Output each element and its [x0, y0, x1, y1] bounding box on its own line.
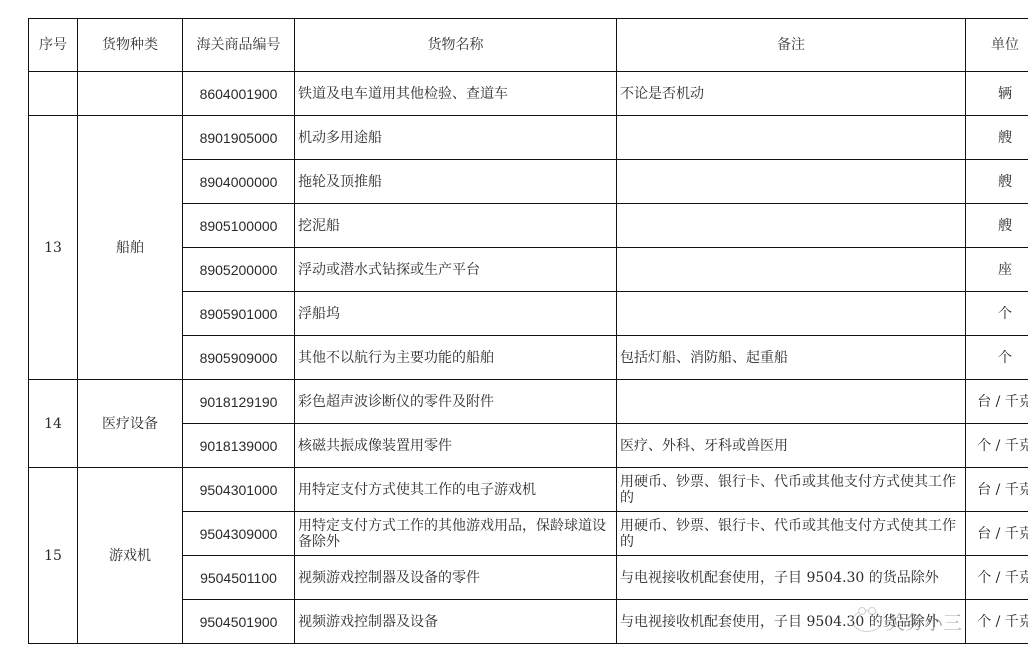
note-cell: 包括灯船、消防船、起重船 — [617, 336, 966, 380]
hs-code-cell: 9504301000 — [183, 468, 295, 512]
header-name: 货物名称 — [295, 19, 617, 72]
hs-code-cell: 8904000000 — [183, 160, 295, 204]
name-cell: 核磁共振成像装置用零件 — [295, 424, 617, 468]
hs-code-cell: 9504501900 — [183, 600, 295, 644]
name-cell: 浮船坞 — [295, 292, 617, 336]
note-cell — [617, 204, 966, 248]
hs-code-cell: 8905909000 — [183, 336, 295, 380]
index-cell: 13 — [29, 116, 78, 380]
hs-code-cell: 9504501100 — [183, 556, 295, 600]
category-cell: 船舶 — [78, 116, 183, 380]
goods-table: 序号 货物种类 海关商品编号 货物名称 备注 单位 8604001900 铁道及… — [28, 18, 1028, 644]
unit-cell: 台 / 千克 — [966, 380, 1028, 424]
note-cell: 与电视接收机配套使用，子目 9504.30 的货品除外 — [617, 600, 966, 644]
category-cell — [78, 72, 183, 116]
hs-code-cell: 8604001900 — [183, 72, 295, 116]
index-cell — [29, 72, 78, 116]
note-cell — [617, 248, 966, 292]
index-cell: 14 — [29, 380, 78, 468]
unit-cell: 台 / 千克 — [966, 468, 1028, 512]
note-cell: 与电视接收机配套使用，子目 9504.30 的货品除外 — [617, 556, 966, 600]
note-cell: 用硬币、钞票、银行卡、代币或其他支付方式使其工作的 — [617, 468, 966, 512]
unit-cell: 个 — [966, 336, 1028, 380]
hs-code-cell: 9504309000 — [183, 512, 295, 556]
unit-cell: 艘 — [966, 204, 1028, 248]
note-cell — [617, 292, 966, 336]
hs-code-cell: 9018139000 — [183, 424, 295, 468]
category-cell: 医疗设备 — [78, 380, 183, 468]
unit-cell: 个 — [966, 292, 1028, 336]
name-cell: 用特定支付方式使其工作的电子游戏机 — [295, 468, 617, 512]
name-cell: 视频游戏控制器及设备 — [295, 600, 617, 644]
unit-cell: 个 / 千克 — [966, 556, 1028, 600]
name-cell: 视频游戏控制器及设备的零件 — [295, 556, 617, 600]
index-cell: 15 — [29, 468, 78, 644]
table-row: 14 医疗设备 9018129190 彩色超声波诊断仪的零件及附件 台 / 千克 — [29, 380, 1028, 424]
unit-cell: 辆 — [966, 72, 1028, 116]
hs-code-cell: 9018129190 — [183, 380, 295, 424]
hs-code-cell: 8905200000 — [183, 248, 295, 292]
table-row: 15 游戏机 9504301000 用特定支付方式使其工作的电子游戏机 用硬币、… — [29, 468, 1028, 512]
header-category: 货物种类 — [78, 19, 183, 72]
table-row: 13 船舶 8901905000 机动多用途船 艘 — [29, 116, 1028, 160]
unit-cell: 台 / 千克 — [966, 512, 1028, 556]
unit-cell: 个 / 千克 — [966, 600, 1028, 644]
note-cell: 不论是否机动 — [617, 72, 966, 116]
header-index: 序号 — [29, 19, 78, 72]
header-hs-code: 海关商品编号 — [183, 19, 295, 72]
name-cell: 彩色超声波诊断仪的零件及附件 — [295, 380, 617, 424]
note-cell: 医疗、外科、牙科或兽医用 — [617, 424, 966, 468]
note-cell: 用硬币、钞票、银行卡、代币或其他支付方式使其工作的 — [617, 512, 966, 556]
header-unit: 单位 — [966, 19, 1028, 72]
table-row: 8604001900 铁道及电车道用其他检验、查道车 不论是否机动 辆 — [29, 72, 1028, 116]
name-cell: 机动多用途船 — [295, 116, 617, 160]
note-cell — [617, 160, 966, 204]
hs-code-cell: 8905901000 — [183, 292, 295, 336]
name-cell: 浮动或潜水式钻探或生产平台 — [295, 248, 617, 292]
header-note: 备注 — [617, 19, 966, 72]
unit-cell: 个 / 千克 — [966, 424, 1028, 468]
unit-cell: 艘 — [966, 116, 1028, 160]
unit-cell: 座 — [966, 248, 1028, 292]
note-cell — [617, 380, 966, 424]
name-cell: 拖轮及顶推船 — [295, 160, 617, 204]
hs-code-cell: 8905100000 — [183, 204, 295, 248]
category-cell: 游戏机 — [78, 468, 183, 644]
unit-cell: 艘 — [966, 160, 1028, 204]
note-cell — [617, 116, 966, 160]
name-cell: 铁道及电车道用其他检验、查道车 — [295, 72, 617, 116]
header-row: 序号 货物种类 海关商品编号 货物名称 备注 单位 — [29, 19, 1028, 72]
name-cell: 用特定支付方式工作的其他游戏用品，保龄球道设备除外 — [295, 512, 617, 556]
name-cell: 挖泥船 — [295, 204, 617, 248]
name-cell: 其他不以航行为主要功能的船舶 — [295, 336, 617, 380]
hs-code-cell: 8901905000 — [183, 116, 295, 160]
